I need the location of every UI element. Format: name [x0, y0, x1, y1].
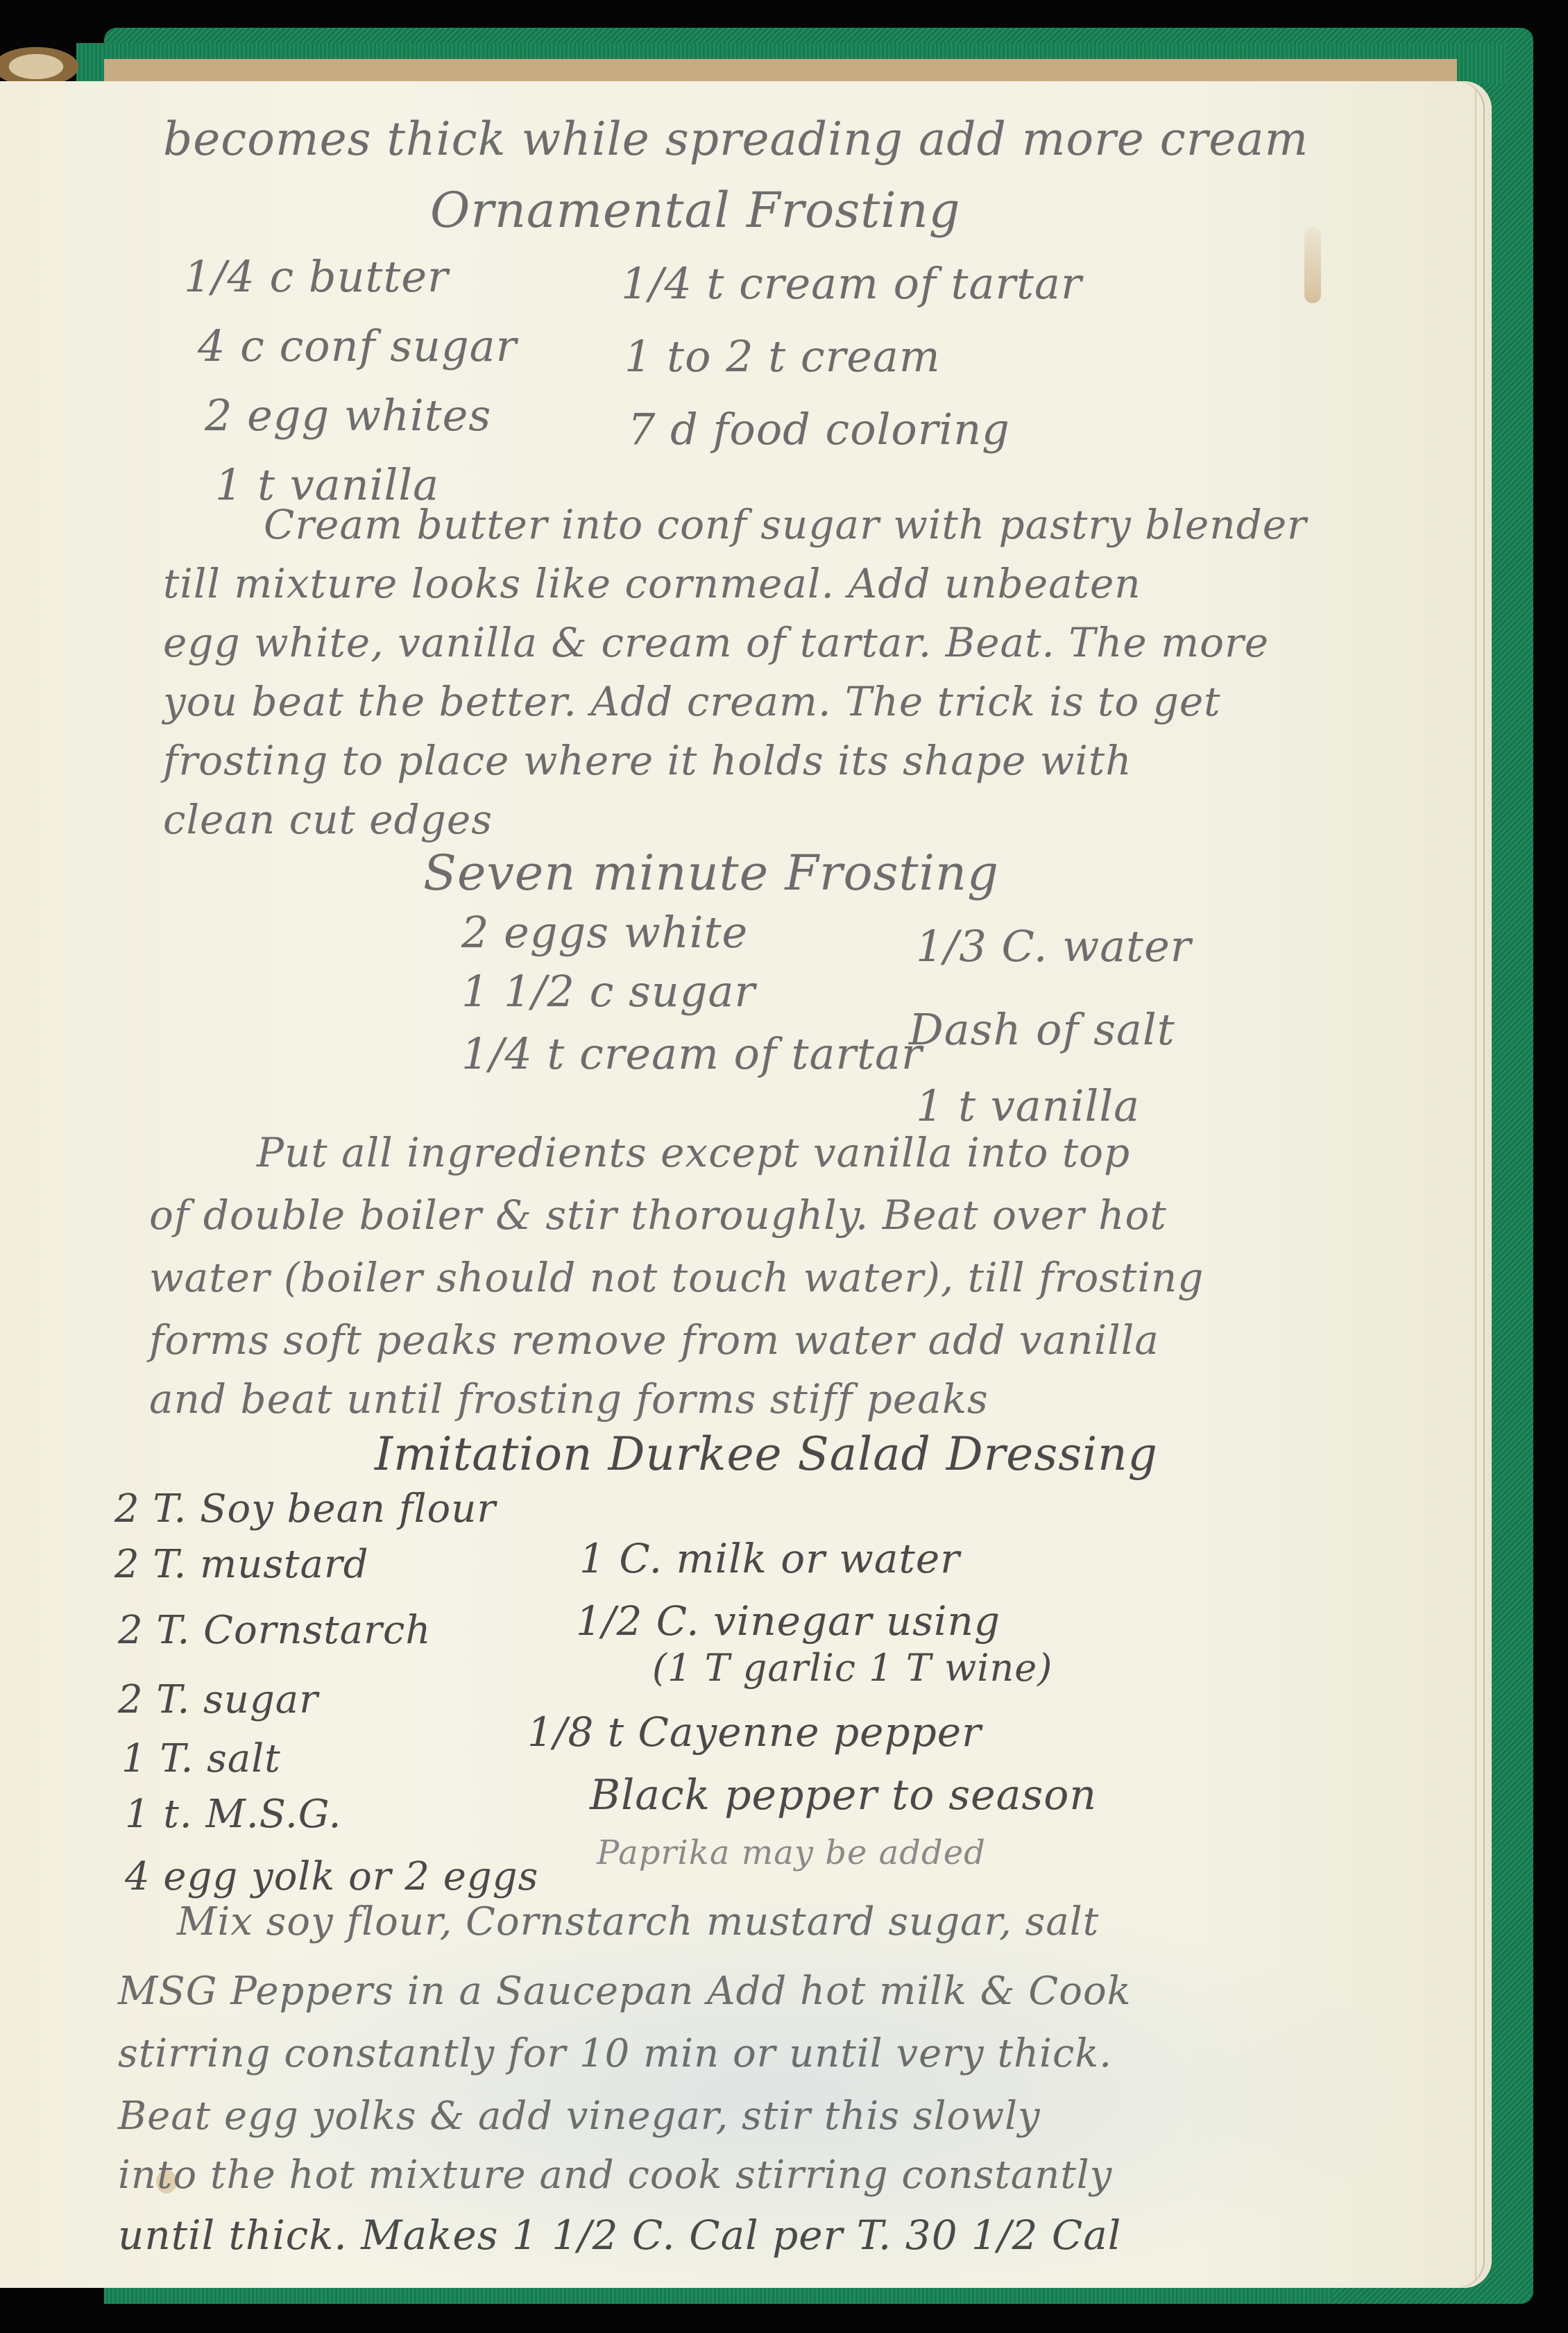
ingredient: 1 t. M.S.G. [125, 1792, 341, 1837]
instruction-line: you beat the better. Add cream. The tric… [163, 678, 1220, 725]
instruction-line: Mix soy flour, Cornstarch mustard sugar,… [177, 1899, 1099, 1944]
instruction-line: Cream butter into conf sugar with pastry… [264, 501, 1307, 548]
recipe-title-ornamental-frosting: Ornamental Frosting [430, 182, 961, 239]
instruction-line: forms soft peaks remove from water add v… [149, 1316, 1159, 1364]
ingredient: 1/3 C. water [916, 921, 1191, 972]
page-edge-line [1475, 88, 1476, 2281]
instruction-line: frosting to place where it holds its sha… [163, 737, 1132, 784]
ingredient: 1/4 c butter [184, 251, 449, 302]
ingredient: 2 T. Cornstarch [118, 1608, 431, 1653]
instruction-line: Beat egg yolks & add vinegar, stir this … [118, 2094, 1041, 2139]
instruction-line: and beat until frosting forms stiff peak… [149, 1375, 989, 1423]
instruction-line: until thick. Makes 1 1/2 C. Cal per T. 3… [118, 2212, 1121, 2259]
instruction-line: clean cut edges [163, 796, 493, 843]
ingredient: 1/4 t cream of tartar [461, 1028, 923, 1079]
continuation-line: becomes thick while spreading add more c… [163, 112, 1309, 166]
ingredient: Dash of salt [909, 1004, 1175, 1055]
instruction-line: water (boiler should not touch water), t… [149, 1254, 1204, 1301]
ingredient: 2 egg whites [205, 390, 491, 441]
ingredient: (1 T garlic 1 T wine) [652, 1646, 1053, 1690]
ingredient: 1 t vanilla [916, 1080, 1140, 1131]
ingredient-note: Paprika may be added [597, 1833, 986, 1872]
instruction-line: Put all ingredients except vanilla into … [257, 1129, 1130, 1176]
instruction-line: till mixture looks like cornmeal. Add un… [163, 560, 1141, 607]
paper-stain [1304, 227, 1321, 303]
instruction-line: MSG Peppers in a Saucepan Add hot milk &… [118, 1969, 1132, 2014]
recipe-title-seven-minute-frosting: Seven minute Frosting [423, 845, 999, 901]
ingredient: 1 C. milk or water [579, 1535, 960, 1582]
ingredient: 1 T. salt [121, 1736, 281, 1781]
torn-binding-corner [0, 42, 90, 83]
recipe-title-salad-dressing: Imitation Durkee Salad Dressing [375, 1427, 1158, 1481]
instruction-line: into the hot mixture and cook stirring c… [118, 2153, 1112, 2198]
ingredient: 2 T. mustard [114, 1542, 369, 1587]
instruction-line: of double boiler & stir thoroughly. Beat… [149, 1191, 1167, 1239]
ingredient: 1/2 C. vinegar using [576, 1597, 1000, 1645]
ingredient: 1 1/2 c sugar [461, 966, 756, 1017]
ingredient: Black pepper to season [590, 1771, 1097, 1819]
ingredient: 1 to 2 t cream [624, 331, 941, 382]
ingredient: 4 egg yolk or 2 eggs [125, 1854, 538, 1899]
ingredient: 1/8 t Cayenne pepper [527, 1708, 982, 1756]
ingredient: 7 d food coloring [628, 404, 1010, 455]
ingredient: 2 T. Soy bean flour [114, 1486, 496, 1532]
ingredient: 2 T. sugar [118, 1677, 318, 1722]
instruction-line: stirring constantly for 10 min or until … [118, 2031, 1112, 2076]
notebook-page: becomes thick while spreading add more c… [0, 81, 1492, 2288]
ingredient: 2 eggs white [461, 907, 748, 958]
ingredient: 4 c conf sugar [198, 321, 517, 371]
endpaper-edge [104, 59, 1457, 83]
ingredient: 1/4 t cream of tartar [621, 258, 1082, 309]
instruction-line: egg white, vanilla & cream of tartar. Be… [163, 619, 1269, 666]
